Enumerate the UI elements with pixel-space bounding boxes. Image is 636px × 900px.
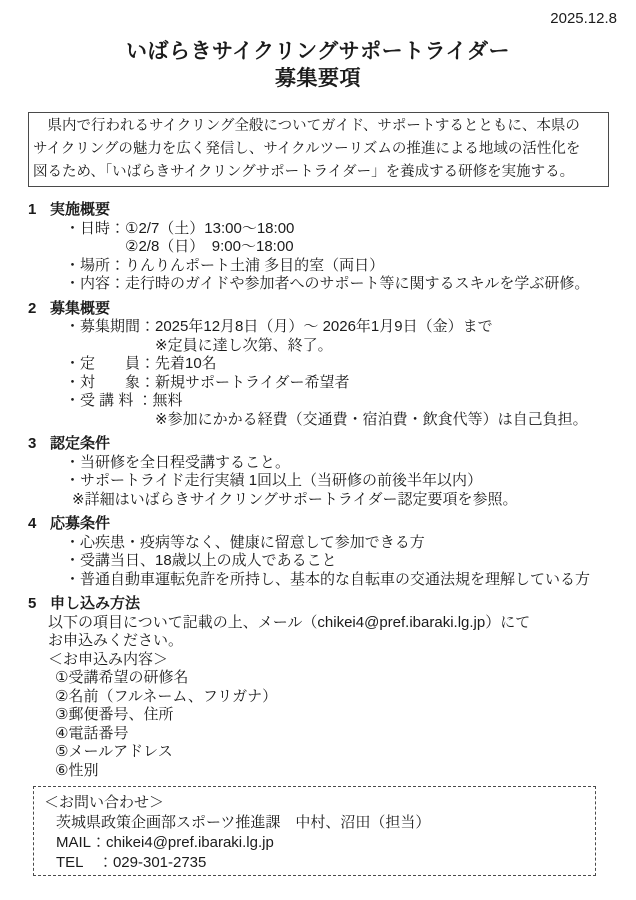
section-5-item-email: ⑤メールアドレス [0, 743, 636, 762]
title-line-1: いばらきサイクリングサポートライダー [0, 38, 636, 65]
section-1-line-content: ・内容：走行時のガイドや参加者へのサポート等に関するスキルを学ぶ研修。 [0, 275, 636, 294]
section-2-number: 2 [28, 300, 50, 319]
contact-box: ＜お問い合わせ＞ 茨城県政策企画部スポーツ推進課 中村、沼田（担当） MAIL：… [33, 786, 596, 876]
section-1-implementation-overview: 1実施概要 ・日時：①2/7（土）13:00～18:00 ②2/8（日） 9:0… [0, 201, 636, 294]
document-body: 1実施概要 ・日時：①2/7（土）13:00～18:00 ②2/8（日） 9:0… [0, 201, 636, 786]
section-5-item-address: ③郵便番号、住所 [0, 706, 636, 725]
section-5-application-method: 5申し込み方法 以下の項目について記載の上、メール（chikei4@pref.i… [0, 595, 636, 780]
section-2-line-target: ・対 象：新規サポートライダー希望者 [0, 374, 636, 393]
section-5-line-instruction-1: 以下の項目について記載の上、メール（chikei4@pref.ibaraki.l… [0, 614, 636, 633]
section-5-heading: 5申し込み方法 [0, 595, 636, 614]
section-3-line-detail-note: ※詳細はいばらきサイクリングサポートライダー認定要項を参照。 [0, 491, 636, 510]
section-1-line-datetime: ・日時：①2/7（土）13:00～18:00 [0, 220, 636, 239]
section-2-line-capacity: ・定 員：先着10名 [0, 355, 636, 374]
section-3-certification-conditions: 3認定条件 ・当研修を全日程受講すること。 ・サポートライド走行実績 1回以上（… [0, 435, 636, 509]
section-4-line-health: ・心疾患・疫病等なく、健康に留意して参加できる方 [0, 534, 636, 553]
section-2-heading: 2募集概要 [0, 300, 636, 319]
section-2-line-period-note: ※定員に達し次第、終了。 [0, 337, 636, 356]
section-2-line-fee: ・受 講 料 ：無料 [0, 392, 636, 411]
section-2-recruitment-overview: 2募集概要 ・募集期間：2025年12月8日（月）～ 2026年1月9日（金）ま… [0, 300, 636, 430]
section-5-item-name: ②名前（フルネーム、フリガナ） [0, 688, 636, 707]
section-2-heading-text: 募集概要 [50, 300, 110, 317]
section-5-item-course-name: ①受講希望の研修名 [0, 669, 636, 688]
section-1-line-place: ・場所：りんりんポート土浦 多目的室（両日） [0, 257, 636, 276]
section-5-heading-text: 申し込み方法 [50, 595, 140, 612]
summary-box: 県内で行われるサイクリング全般についてガイド、サポートするとともに、本県の サイ… [28, 112, 609, 187]
section-4-line-license: ・普通自動車運転免許を所持し、基本的な自転車の交通法規を理解している方 [0, 571, 636, 590]
section-2-line-fee-note: ※参加にかかる経費（交通費・宿泊費・飲食代等）は自己負担。 [0, 411, 636, 430]
section-3-heading-text: 認定条件 [50, 435, 110, 452]
section-1-heading-text: 実施概要 [50, 201, 110, 218]
section-5-line-instruction-2: お申込みください。 [0, 632, 636, 651]
section-3-number: 3 [28, 435, 50, 454]
section-4-heading-text: 応募条件 [50, 515, 110, 532]
summary-line-2: サイクリングの魅力を広く発信し、サイクルツーリズムの推進による地域の活性化を [33, 138, 604, 161]
section-4-number: 4 [28, 515, 50, 534]
section-4-heading: 4応募条件 [0, 515, 636, 534]
section-4-application-conditions: 4応募条件 ・心疾患・疫病等なく、健康に留意して参加できる方 ・受講当日、18歳… [0, 515, 636, 589]
section-1-heading: 1実施概要 [0, 201, 636, 220]
contact-heading: ＜お問い合わせ＞ [44, 793, 595, 813]
section-3-heading: 3認定条件 [0, 435, 636, 454]
section-3-line-ride-record: ・サポートライド走行実績 1回以上（当研修の前後半年以内） [0, 472, 636, 491]
section-2-line-period: ・募集期間：2025年12月8日（月）～ 2026年1月9日（金）まで [0, 318, 636, 337]
contact-tel: TEL ：029-301-2735 [44, 853, 595, 873]
section-1-number: 1 [28, 201, 50, 220]
contact-mail: MAIL：chikei4@pref.ibaraki.lg.jp [44, 833, 595, 853]
section-1-line-datetime2: ②2/8（日） 9:00～18:00 [0, 238, 636, 257]
section-4-line-age: ・受講当日、18歳以上の成人であること [0, 552, 636, 571]
section-3-line-attendance: ・当研修を全日程受講すること。 [0, 454, 636, 473]
section-5-item-gender: ⑥性別 [0, 762, 636, 781]
document-page: 2025.12.8 いばらきサイクリングサポートライダー 募集要項 県内で行われ… [0, 0, 636, 900]
contact-department: 茨城県政策企画部スポーツ推進課 中村、沼田（担当） [44, 813, 595, 833]
document-title: いばらきサイクリングサポートライダー 募集要項 [0, 38, 636, 92]
section-5-number: 5 [28, 595, 50, 614]
title-line-2: 募集要項 [0, 65, 636, 92]
document-date: 2025.12.8 [550, 8, 617, 29]
section-5-line-items-heading: ＜お申込み内容＞ [0, 651, 636, 670]
summary-line-3: 図るため、「いばらきサイクリングサポートライダー」を養成する研修を実施する。 [33, 161, 604, 184]
section-5-item-phone: ④電話番号 [0, 725, 636, 744]
summary-line-1: 県内で行われるサイクリング全般についてガイド、サポートするとともに、本県の [33, 115, 604, 138]
